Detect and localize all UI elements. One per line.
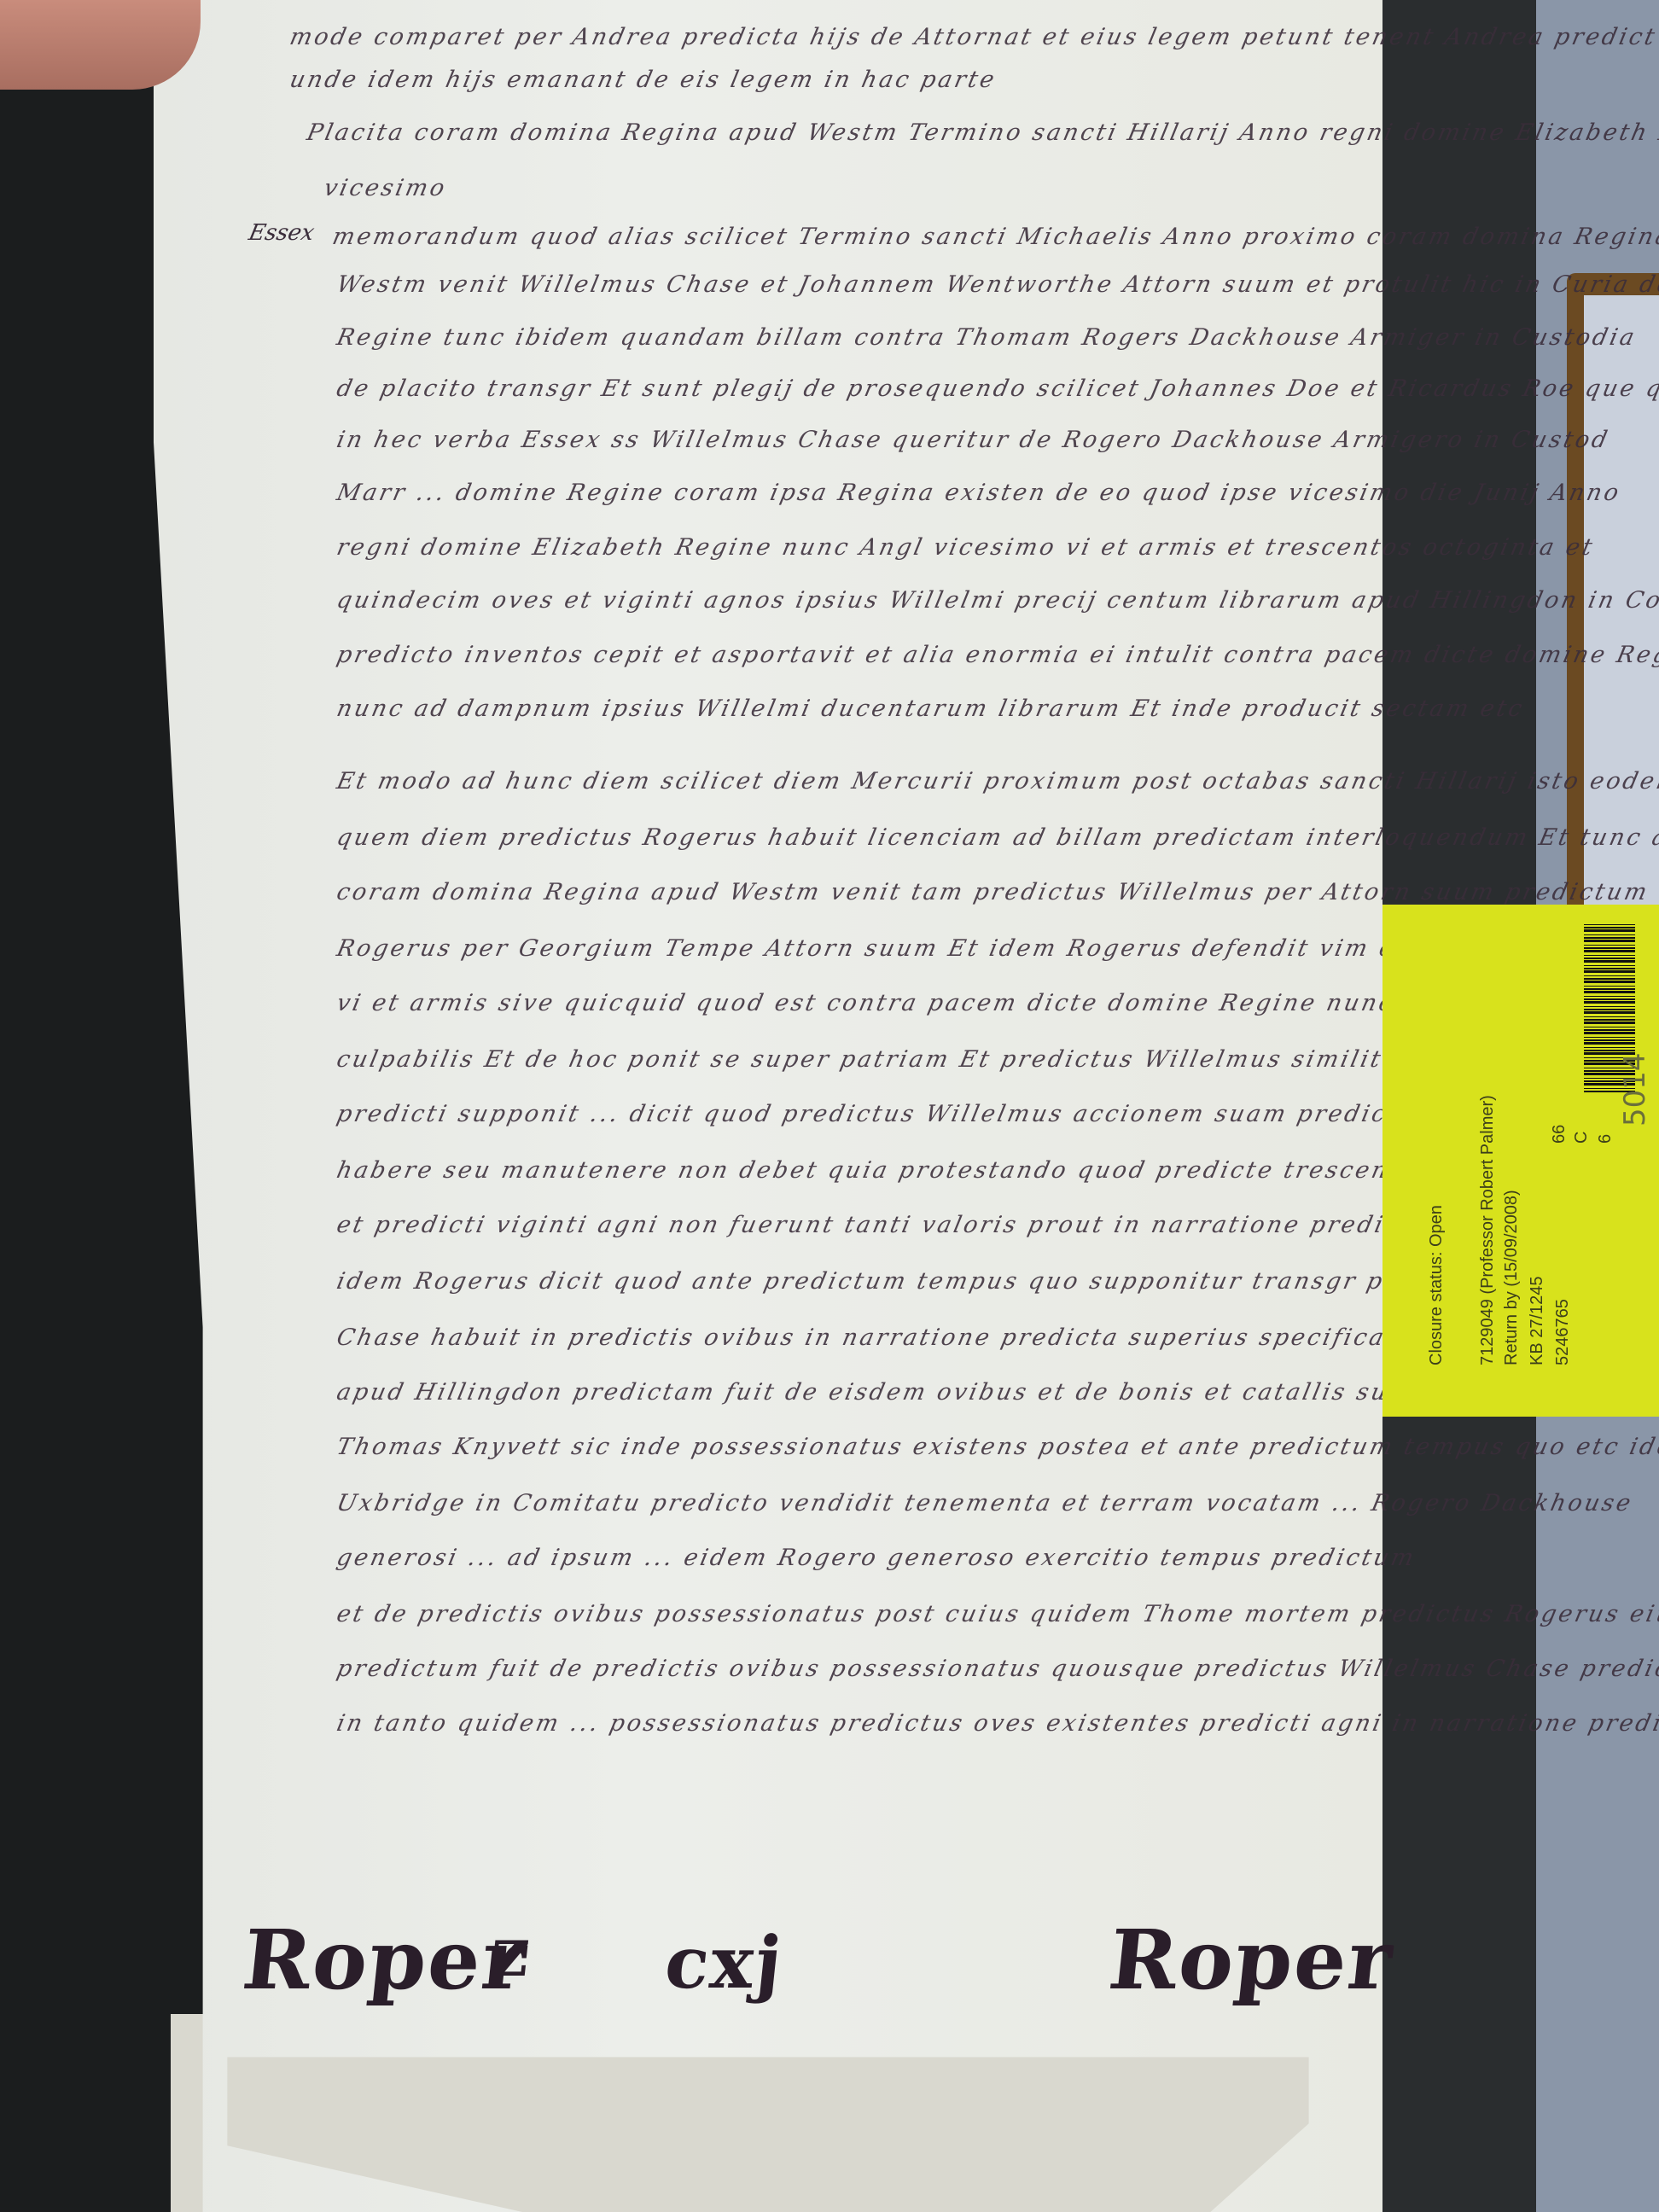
label-pencil-note: 5014 xyxy=(1618,1052,1652,1126)
text-line: Marr ... domine Regine coram ipsa Regina… xyxy=(335,480,1624,506)
text-line: coram domina Regina apud Westm venit tam… xyxy=(335,879,1659,905)
text-line: memorandum quod alias scilicet Termino s… xyxy=(330,224,1659,250)
text-line: de placito transgr Et sunt plegij de pro… xyxy=(335,375,1659,402)
text-line: unde idem hijs emanant de eis legem in h… xyxy=(288,67,999,93)
text-line: nunc ad dampnum ipsius Willelmi ducentar… xyxy=(335,696,1528,722)
footer-heading-right: Roper xyxy=(1104,1912,1398,2008)
text-line: in hec verba Essex ss Willelmus Chase qu… xyxy=(335,427,1612,453)
label-closure-status: Closure status: Open xyxy=(1427,1205,1447,1365)
text-line: Et modo ad hunc diem scilicet diem Mercu… xyxy=(335,768,1659,795)
text-line: regni domine Elizabeth Regine nunc Angl … xyxy=(335,534,1598,561)
label-item-number: 5246765 xyxy=(1553,1299,1573,1365)
label-return-by: Return by (15/09/2008) xyxy=(1502,1190,1522,1365)
text-line: et de predictis ovibus possessionatus po… xyxy=(335,1601,1659,1627)
text-line: quindecim oves et viginti agnos ipsius W… xyxy=(335,587,1659,614)
text-line: in tanto quidem ... possessionatus predi… xyxy=(335,1710,1659,1737)
text-line: predictum fuit de predictis ovibus posse… xyxy=(335,1656,1659,1682)
label-code-2: C xyxy=(1572,1132,1592,1144)
archive-label: 5246765 KB 27/1245 Return by (15/09/2008… xyxy=(1382,905,1659,1417)
label-reader: 7129049 (Professor Robert Palmer) xyxy=(1478,1095,1498,1365)
label-reference: KB 27/1245 xyxy=(1528,1276,1547,1365)
text-line: quem diem predictus Rogerus habuit licen… xyxy=(335,824,1659,851)
text-line: generosi ... ad ipsum ... eidem Rogero g… xyxy=(335,1545,1418,1571)
label-code-3: 66 xyxy=(1550,1125,1569,1144)
text-line: Placita coram domina Regina apud Westm T… xyxy=(305,119,1659,146)
label-code-1: 6 xyxy=(1596,1134,1615,1144)
hand-thumb xyxy=(0,0,201,90)
text-line: Thomas Knyvett sic inde possessionatus e… xyxy=(335,1434,1659,1460)
text-line: predicto inventos cepit et asportavit et… xyxy=(335,642,1659,668)
text-line: Westm venit Willelmus Chase et Johannem … xyxy=(335,271,1659,298)
footer-mark: z xyxy=(486,1912,535,1992)
text-line: mode comparet per Andrea predicta hijs d… xyxy=(288,24,1659,50)
text-line: Uxbridge in Comitatu predicto vendidit t… xyxy=(335,1490,1636,1516)
footer-heading-left: Roper xyxy=(238,1912,532,2008)
text-line: Regine tunc ibidem quandam billam contra… xyxy=(335,324,1639,351)
text-line: vicesimo xyxy=(322,175,450,201)
margin-note: Essex xyxy=(247,220,317,246)
footer-numeral: cxj xyxy=(661,1920,788,2005)
